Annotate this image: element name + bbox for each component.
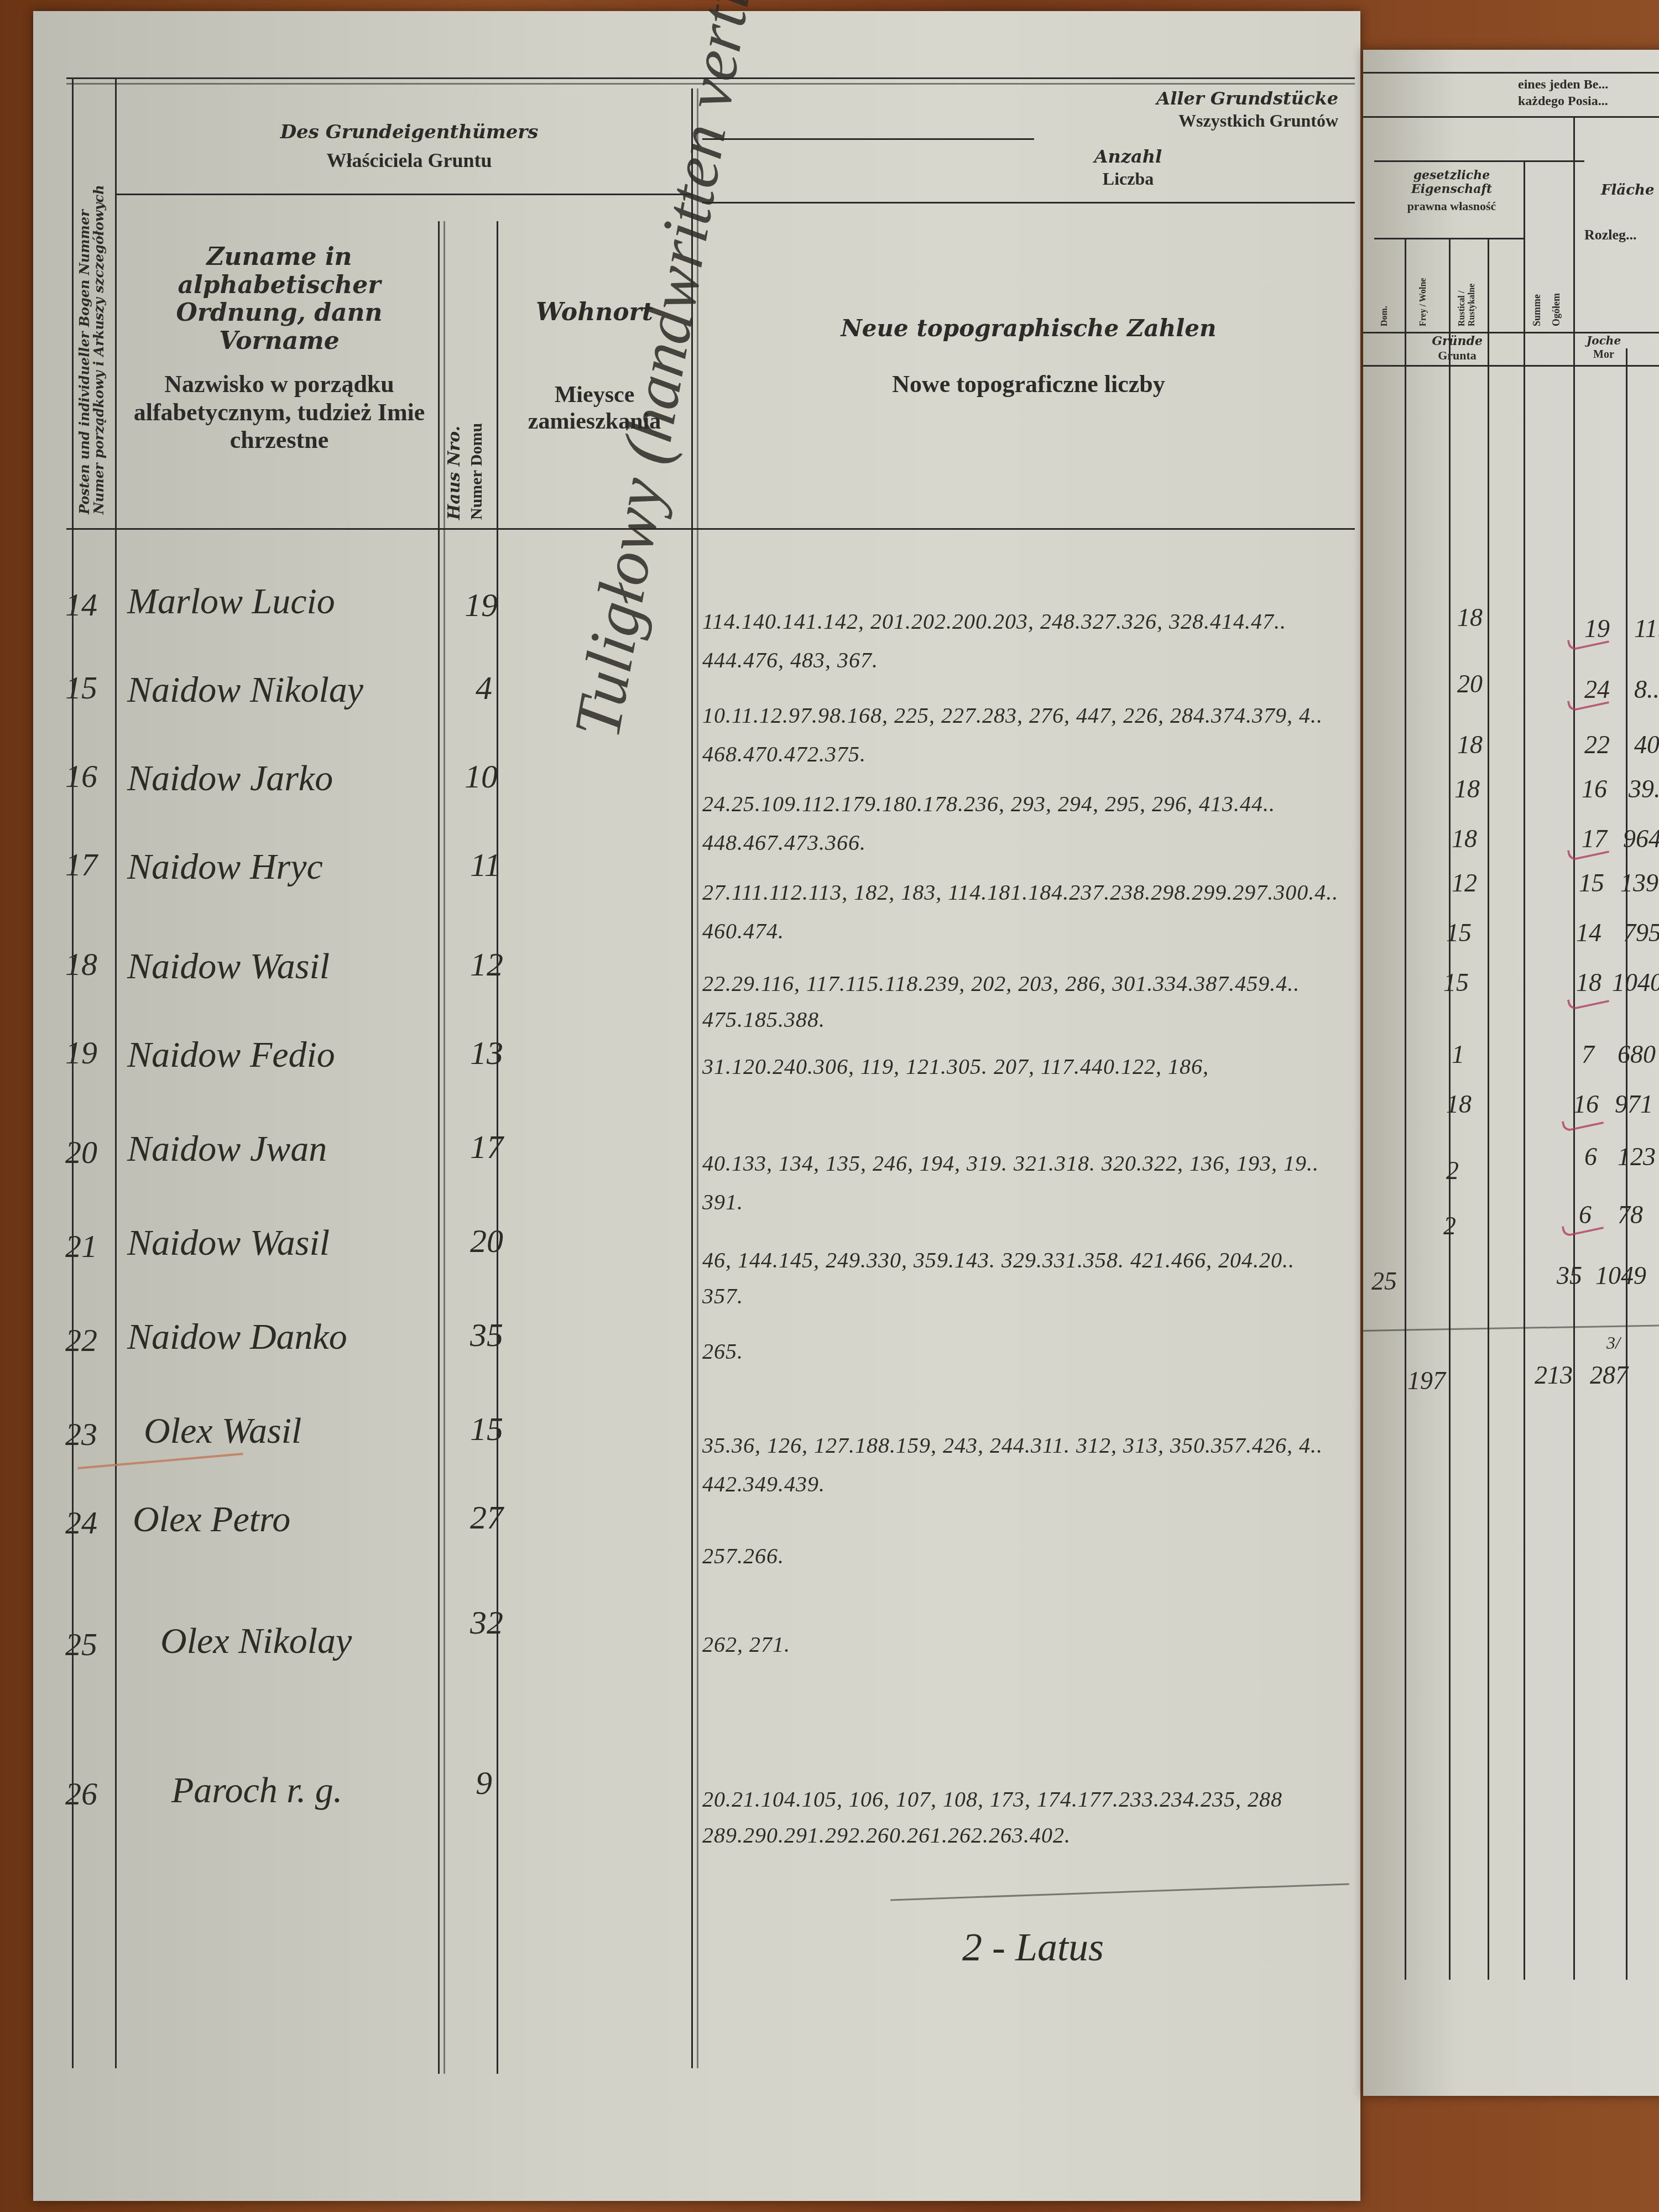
quadrat-value: 39..: [1629, 774, 1659, 804]
house-number: 19: [465, 586, 498, 624]
house-number: 9: [476, 1764, 492, 1802]
grunde-value: 18: [1446, 1089, 1472, 1119]
row-number: 18: [65, 946, 97, 983]
totals-line: [1363, 1324, 1659, 1332]
parcel-numbers-line2: 391.: [702, 1189, 1338, 1215]
right-header-divider-2: [1374, 160, 1584, 162]
right-header-bottom: [1363, 365, 1659, 367]
house-number: 10: [465, 758, 498, 796]
row-number: 16: [65, 758, 97, 795]
parcel-numbers-line1: 22.29.116, 117.115.118.239, 202, 203, 28…: [702, 971, 1338, 997]
quadrat-value: 964: [1623, 824, 1659, 853]
total-quadrat: 287: [1590, 1360, 1628, 1390]
total-joch: 213: [1535, 1360, 1573, 1390]
header-bottom-line: [66, 528, 1355, 530]
owner-name: Olex Wasil: [144, 1410, 301, 1452]
quadrat-value: 1049: [1595, 1261, 1646, 1290]
owner-header-polish: Właściciela Gruntu: [133, 149, 686, 172]
right-col-line-5: [1573, 116, 1575, 1980]
quadrat-value: 971: [1615, 1089, 1653, 1119]
joch-value: 16: [1582, 774, 1607, 804]
parcel-numbers-line1: 46, 144.145, 249.330, 359.143. 329.331.3…: [702, 1247, 1338, 1273]
register-page-left: Posten und individueller Bogen Nummer Nu…: [33, 11, 1360, 2201]
red-underline-mark: [77, 1453, 243, 1469]
margin-header-polish: Numer porządkowy i Arkuszy szczegółowych: [91, 185, 107, 514]
parcel-numbers-line1: 20.21.104.105, 106, 107, 108, 173, 174.1…: [702, 1786, 1338, 1812]
row-number: 26: [65, 1775, 97, 1812]
owner-header-divider: [116, 194, 691, 195]
right-top-header-german: eines jeden Be...: [1518, 77, 1659, 93]
parcel-numbers-line2: 448.467.473.366.: [702, 830, 1338, 855]
row26-count-value: 25: [1371, 1266, 1397, 1296]
joch-value: 15: [1579, 868, 1604, 898]
count-header-german: Anzahl: [1084, 147, 1172, 167]
row-number: 20: [65, 1134, 97, 1171]
grunde-value: 1: [1452, 1040, 1464, 1069]
owner-name: Naidow Jwan: [127, 1128, 327, 1170]
area-sub-german: Joche: [1582, 335, 1626, 347]
grunde-value: 2: [1446, 1156, 1459, 1185]
total-fraction: 3/: [1606, 1333, 1620, 1353]
row-number: 14: [65, 586, 97, 623]
parcel-numbers-line1: 10.11.12.97.98.168, 225, 227.283, 276, 4…: [702, 702, 1338, 728]
grunde-header-german: Gründe: [1396, 335, 1518, 348]
register-page-right: eines jeden Be... każdego Posia... geset…: [1363, 50, 1659, 2096]
parcel-numbers-line1: 114.140.141.142, 201.202.200.203, 248.32…: [702, 608, 1338, 634]
area-header-polish: Rozleg...: [1584, 227, 1659, 243]
parcel-numbers-line1: 40.133, 134, 135, 246, 194, 319. 321.318…: [702, 1150, 1338, 1176]
parcel-numbers-line1: 257.266.: [702, 1543, 1338, 1569]
subcol-frey: Frey / Wolne: [1418, 249, 1441, 326]
joch-value: 14: [1576, 918, 1601, 947]
subcol-dominical: Dom.: [1380, 249, 1396, 326]
house-number: 13: [470, 1034, 503, 1072]
grunde-value: 18: [1454, 774, 1480, 804]
house-number: 32: [470, 1604, 503, 1642]
legal-header-german: gesetzliche Eigenschaft: [1385, 169, 1518, 197]
parcel-numbers-line1: 27.111.112.113, 182, 183, 114.181.184.23…: [702, 879, 1338, 905]
right-header-divider-4: [1363, 332, 1659, 333]
sum-line: [890, 1884, 1349, 1901]
row-number: 15: [65, 669, 97, 706]
owner-name: Naidow Jarko: [127, 758, 333, 800]
house-number: 17: [470, 1128, 503, 1166]
sum-col-german: Summe: [1532, 243, 1548, 326]
all-land-header-german: Aller Grundstücke: [1084, 88, 1338, 109]
row-number: 19: [65, 1034, 97, 1071]
quadrat-value: 1040: [1612, 968, 1659, 997]
name-col-header-german: Zuname in alphabetischer Ordnung, dann V…: [127, 243, 431, 355]
area-header-german: Fläche: [1601, 182, 1659, 199]
right-frame-top: [1363, 72, 1659, 74]
parcel-numbers-line1: 35.36, 126, 127.188.159, 243, 244.311. 3…: [702, 1432, 1338, 1458]
parcel-numbers-line2: 442.349.439.: [702, 1471, 1338, 1497]
joch-value: 7: [1582, 1040, 1594, 1069]
owner-name: Naidow Wasil: [127, 946, 330, 988]
grunde-value: 12: [1452, 868, 1477, 898]
grunde-value: 15: [1443, 968, 1469, 997]
joch-value: 22: [1584, 730, 1610, 759]
all-land-header-polish: Wszystkich Gruntów: [1084, 111, 1338, 131]
owner-name: Olex Nikolay: [160, 1620, 352, 1662]
grunde-value: 18: [1452, 824, 1477, 853]
count-divider: [702, 202, 1355, 204]
all-land-divider: [702, 138, 1034, 140]
house-number: 20: [470, 1222, 503, 1260]
row-number: 22: [65, 1322, 97, 1359]
topo-col-header-german: Neue topographische Zahlen: [724, 315, 1333, 342]
right-col-line-4: [1524, 160, 1525, 1980]
right-header-divider-1: [1363, 116, 1659, 118]
row-number: 21: [65, 1228, 97, 1265]
total-grunde: 197: [1407, 1366, 1446, 1395]
quadrat-value: 78: [1618, 1200, 1643, 1229]
house-col-header-polish: Numer Domu: [467, 321, 489, 520]
grunde-value: 15: [1446, 918, 1472, 947]
grunde-value: 18: [1457, 730, 1483, 759]
quadrat-value: 123: [1618, 1142, 1656, 1171]
parcel-numbers-line2: 444.476, 483, 367.: [702, 647, 1338, 673]
owner-name: Olex Petro: [133, 1499, 290, 1541]
house-number: 12: [470, 946, 503, 984]
latus-footer-note: 2 - Latus: [962, 1924, 1104, 1970]
margin-header-german: Posten und individueller Bogen Nummer: [76, 210, 92, 514]
parcel-numbers-line2: 460.474.: [702, 918, 1338, 944]
owner-name: Naidow Wasil: [127, 1222, 330, 1264]
area-sub-polish: Mor: [1582, 348, 1626, 361]
legal-header-polish: prawna własność: [1385, 199, 1518, 213]
residence-col-right-line-2: [697, 88, 698, 2068]
parcel-numbers-line1: 31.120.240.306, 119, 121.305. 207, 117.4…: [702, 1053, 1338, 1079]
subcol-rustical: Rustical / Rustykalne: [1457, 249, 1479, 326]
quadrat-value: 11..: [1634, 614, 1659, 643]
right-col-line-3: [1488, 238, 1489, 1980]
name-col-header-polish: Nazwisko w porządku alfabetycznym, tudzi…: [127, 371, 431, 455]
parcel-numbers-line2: 475.185.388.: [702, 1006, 1338, 1032]
quadrat-value: 1395: [1620, 868, 1659, 898]
name-col-right-line: [438, 221, 440, 2074]
parcel-numbers-line1: 24.25.109.112.179.180.178.236, 293, 294,…: [702, 791, 1338, 817]
grunde-value: 20: [1457, 669, 1483, 698]
parcel-numbers-line2: 357.: [702, 1283, 1338, 1309]
parcel-numbers-line2: 468.470.472.375.: [702, 741, 1338, 767]
quadrat-value: 40..: [1634, 730, 1659, 759]
row-number: 25: [65, 1626, 97, 1663]
margin-col-right-line: [115, 77, 117, 2068]
sum-col-polish: Ogółem: [1551, 243, 1568, 326]
grunde-header-polish: Grunta: [1396, 348, 1518, 362]
house-number: 4: [476, 669, 492, 707]
house-number: 35: [470, 1316, 503, 1354]
owner-name: Naidow Fedio: [127, 1034, 335, 1076]
joch-value: 35: [1557, 1261, 1582, 1290]
row-number: 17: [65, 846, 97, 883]
count-header-polish: Liczba: [1084, 169, 1172, 189]
quadrat-value: 795: [1623, 918, 1659, 947]
margin-col-left-line: [72, 77, 74, 2068]
joch-value: 6: [1584, 1142, 1597, 1171]
row-number: 23: [65, 1416, 97, 1453]
quadrat-value: 8..: [1634, 675, 1659, 704]
topo-col-header-polish: Nowe topograficzne liczby: [724, 371, 1333, 399]
right-top-header-polish: każdego Posia...: [1518, 94, 1659, 109]
parcel-numbers-line1: 262, 271.: [702, 1631, 1338, 1657]
quadrat-value: 680: [1618, 1040, 1656, 1069]
owner-name: Naidow Nikolay: [127, 669, 363, 711]
owner-name: Naidow Hryc: [127, 846, 323, 888]
grunde-value: 18: [1457, 603, 1483, 632]
owner-name: Paroch r. g.: [171, 1770, 342, 1812]
grunde-value: 2: [1443, 1211, 1456, 1240]
house-col-header-german: Haus Nro.: [445, 321, 467, 520]
parcel-numbers-line1: 265.: [702, 1338, 1338, 1364]
house-number: 15: [470, 1410, 503, 1448]
row-number: 24: [65, 1504, 97, 1541]
parcel-numbers-line2: 289.290.291.292.260.261.262.263.402.: [702, 1822, 1338, 1848]
house-number: 27: [470, 1499, 503, 1537]
owner-header-german: Des Grundeigenthümers: [133, 122, 686, 143]
margin-header-vertical: Posten und individueller Bogen Nummer Nu…: [77, 127, 111, 514]
right-col-line-1: [1405, 238, 1406, 1980]
house-number: 11: [470, 846, 501, 884]
owner-name: Marlow Lucio: [127, 581, 335, 623]
owner-name: Naidow Danko: [127, 1316, 347, 1358]
